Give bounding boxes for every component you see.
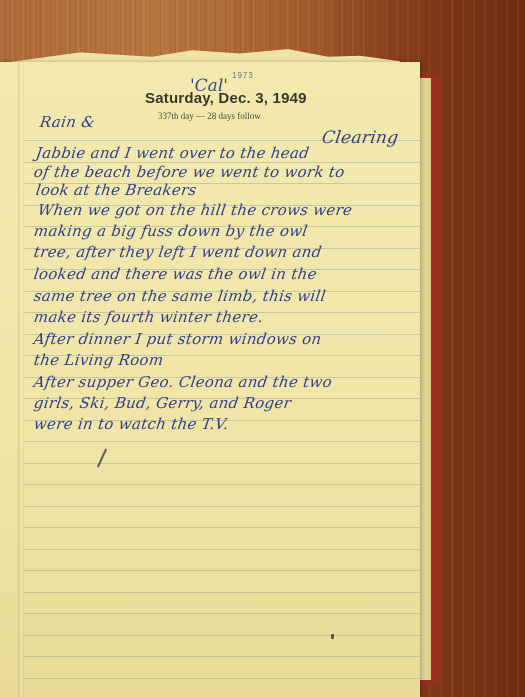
entry-line: After dinner I put storm windows on: [33, 330, 323, 348]
ruled-line: [24, 656, 420, 657]
ruled-line: [24, 635, 420, 636]
entry-line: look at the Breakers: [35, 181, 198, 199]
entry-line: When we got on the hill the crows were: [37, 201, 354, 219]
weather-left: Rain &: [39, 113, 96, 131]
ruled-line: [24, 506, 420, 507]
entry-line: After supper Geo. Cleona and the two: [33, 373, 334, 391]
ink-speck: [331, 634, 334, 639]
weather-right: Clearing: [321, 128, 400, 148]
entry-line: looked and there was the owl in the: [33, 265, 318, 283]
entry-line: tree, after they left I went down and: [33, 243, 323, 261]
ruled-line: [24, 592, 420, 593]
ruled-line: [24, 613, 420, 614]
page-date: Saturday, Dec. 3, 1949: [145, 90, 307, 107]
entry-line: same tree on the same limb, this will: [33, 287, 327, 305]
page-gutter: [18, 62, 24, 697]
ruled-line: [24, 678, 420, 679]
entry-line: making a big fuss down by the owl: [33, 222, 309, 240]
entry-line: of the beach before we went to work to: [33, 163, 346, 181]
ruled-line: [24, 441, 420, 442]
ruled-line: [24, 484, 420, 485]
entry-line: were in to watch the T.V.: [33, 415, 230, 433]
ruled-line: [24, 570, 420, 571]
page-stamp: 1973: [232, 71, 254, 80]
entry-line: girls, Ski, Bud, Gerry, and Roger: [33, 394, 293, 412]
entry-line: Jabbie and I went over to the head: [35, 144, 311, 162]
day-count-info: 337th day — 28 days follow: [158, 111, 261, 121]
entry-line: the Living Room: [33, 351, 165, 369]
entry-line: make its fourth winter there.: [33, 308, 265, 326]
ruled-line: [24, 527, 420, 528]
ruled-line: [24, 463, 420, 464]
ruled-line: [24, 549, 420, 550]
